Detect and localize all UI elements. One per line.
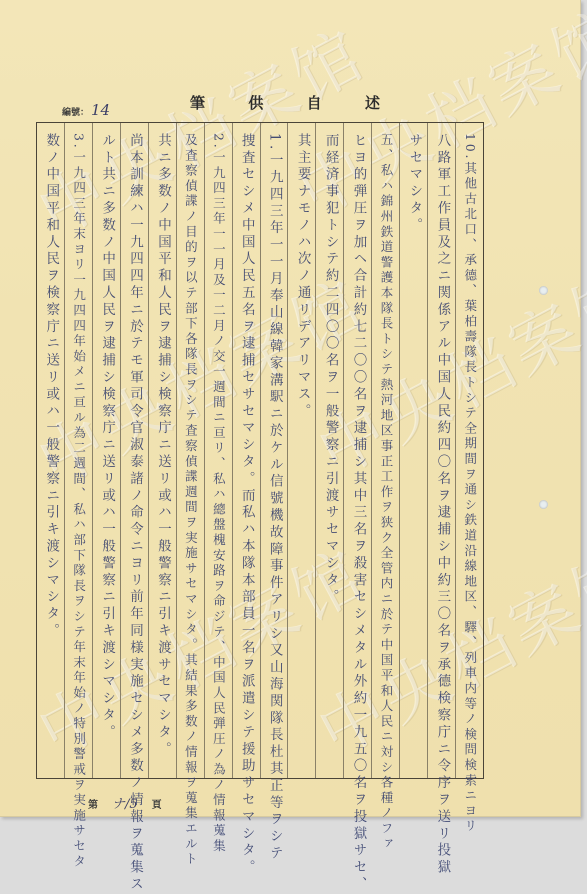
text-column: 1.一九四三年一一月奉山線韓家溝駅ニ於ケル信號機故障事件アリシ又山海関隊長杜其正… [260,123,288,778]
column-text: 其主要ナモノハ次ノ通リデアリマス。 [295,133,309,420]
text-column: 及査察偵諜ノ目的ヲ以テ部下各隊長ヲシテ査察偵諜週間ヲ実施サセマシタ。其結果多数ノ… [176,123,204,778]
footer-suffix: 頁 [152,796,162,811]
column-text: 五、私ハ錦州鉄道警護本隊長トシテ熱河地区事正工作ヲ狭ク全管内ニ於テ中国平和人民ニ… [379,133,392,827]
text-column: ヒヨ的弾圧ヲ加ヘ合計約七二〇〇名ヲ逮捕シ其中三名ヲ殺害セシメタル外約一九五〇名ヲ… [343,123,371,778]
column-text: 捜査セシメ中国人民五名ヲ逮捕セサセマシタ。而私ハ本隊本部員一名ヲ派遣シテ援助サセ… [239,133,253,827]
page-footer: 第 ナ/5 頁 [88,793,162,812]
file-number: 編號：14 [62,101,110,119]
text-column: 其主要ナモノハ次ノ通リデアリマス。 [287,123,315,778]
page-title: 筆 供 自 述 [190,92,380,113]
column-text: 及査察偵諜ノ目的ヲ以テ部下各隊長ヲシテ査察偵諜週間ヲ実施サセマシタ。其結果多数ノ… [184,133,197,827]
page-number: ナ/5 [112,793,138,812]
file-number-value: 14 [91,101,110,119]
column-text: ルト共ニ多数ノ中国人民ヲ逮捕シ検察庁ニ送リ或ハ一般警察ニ引キ渡シマシタ。 [100,133,114,741]
text-column: 八路軍工作員及之ニ関係アル中国人民約四〇名ヲ逮捕シ中約三〇名ヲ承德検察庁ニ令序ヲ… [427,123,455,778]
column-text: 2.一九四三年一一月及一二月ノ交一週間ニ亘リ、私ハ總盤槐安路ヲ命ジテ、中国人民弾… [212,133,225,827]
text-column: 捜査セシメ中国人民五名ヲ逮捕セサセマシタ。而私ハ本隊本部員一名ヲ派遣シテ援助サセ… [232,123,260,778]
text-column: 尚本訓練ハ一九四四年ニ於テモ軍司令官淑泰諸ノ命令ニヨリ前年同様実施セシメ多数ノ情… [120,123,148,778]
column-text: 数ノ中国平和人民ヲ検察庁ニ送リ或ハ一般警察ニ引キ渡シマシタ。 [44,133,58,640]
text-column: ルト共ニ多数ノ中国人民ヲ逮捕シ検察庁ニ送リ或ハ一般警察ニ引キ渡シマシタ。 [92,123,120,778]
file-number-label: 編號： [62,108,89,118]
column-text: ヒヨ的弾圧ヲ加ヘ合計約七二〇〇名ヲ逮捕シ其中三名ヲ殺害セシメタル外約一九五〇名ヲ… [351,133,365,827]
ruled-writing-grid: 10.其他古北口、承德、葉柏壽隊長トシテ全期間ヲ通シ鉄道沿線地区、驛、列車内等ノ… [36,122,484,779]
title-char: 筆 [190,92,205,113]
text-column: 2.一九四三年一一月及一二月ノ交一週間ニ亘リ、私ハ總盤槐安路ヲ命ジテ、中国人民弾… [204,123,232,778]
punch-hole [539,500,548,509]
column-text: 3.一九四三年末ヨリ一九四四年始メニ亘ル為二週間、私ハ部下隊長ヲシテ年末年始ノ特… [72,133,85,827]
column-text: 而経済事犯トシテ約二四〇〇名ヲ一般警察ニ引渡サセマシタ。 [323,133,337,606]
column-text: 共ニ多数ノ中国平和人民ヲ逮捕シ検察庁ニ送リ或ハ一般警察ニ引キ渡サセマシタ。 [155,133,169,758]
text-column: 而経済事犯トシテ約二四〇〇名ヲ一般警察ニ引渡サセマシタ。 [315,123,343,778]
column-text: 八路軍工作員及之ニ関係アル中国人民約四〇名ヲ逮捕シ中約三〇名ヲ承德検察庁ニ令序ヲ… [435,133,449,827]
punch-hole [539,286,548,295]
text-column: サセマシタ。 [399,123,427,778]
title-char: 自 [307,92,322,113]
title-char: 供 [248,92,263,113]
text-column: 10.其他古北口、承德、葉柏壽隊長トシテ全期間ヲ通シ鉄道沿線地区、驛、列車内等ノ… [455,123,483,778]
column-text: 1.一九四三年一一月奉山線韓家溝駅ニ於ケル信號機故障事件アリシ又山海関隊長杜其正… [267,133,281,827]
column-text: サセマシタ。 [407,133,421,234]
title-char: 述 [365,92,380,113]
column-text: 尚本訓練ハ一九四四年ニ於テモ軍司令官淑泰諸ノ命令ニヨリ前年同様実施セシメ多数ノ情… [128,133,142,827]
column-text: 10.其他古北口、承德、葉柏壽隊長トシテ全期間ヲ通シ鉄道沿線地区、驛、列車内等ノ… [463,133,476,827]
text-column: 五、私ハ錦州鉄道警護本隊長トシテ熱河地区事正工作ヲ狭ク全管内ニ於テ中国平和人民ニ… [371,123,399,778]
document-page: 中央档案馆 中央档案馆 中央档案馆 中央档案馆 中央档案馆 中央档案馆 編號：1… [0,0,581,817]
text-column: 3.一九四三年末ヨリ一九四四年始メニ亘ル為二週間、私ハ部下隊長ヲシテ年末年始ノ特… [64,123,92,778]
text-column: 数ノ中国平和人民ヲ検察庁ニ送リ或ハ一般警察ニ引キ渡シマシタ。 [37,123,64,778]
footer-prefix: 第 [88,796,98,811]
text-column: 共ニ多数ノ中国平和人民ヲ逮捕シ検察庁ニ送リ或ハ一般警察ニ引キ渡サセマシタ。 [148,123,176,778]
